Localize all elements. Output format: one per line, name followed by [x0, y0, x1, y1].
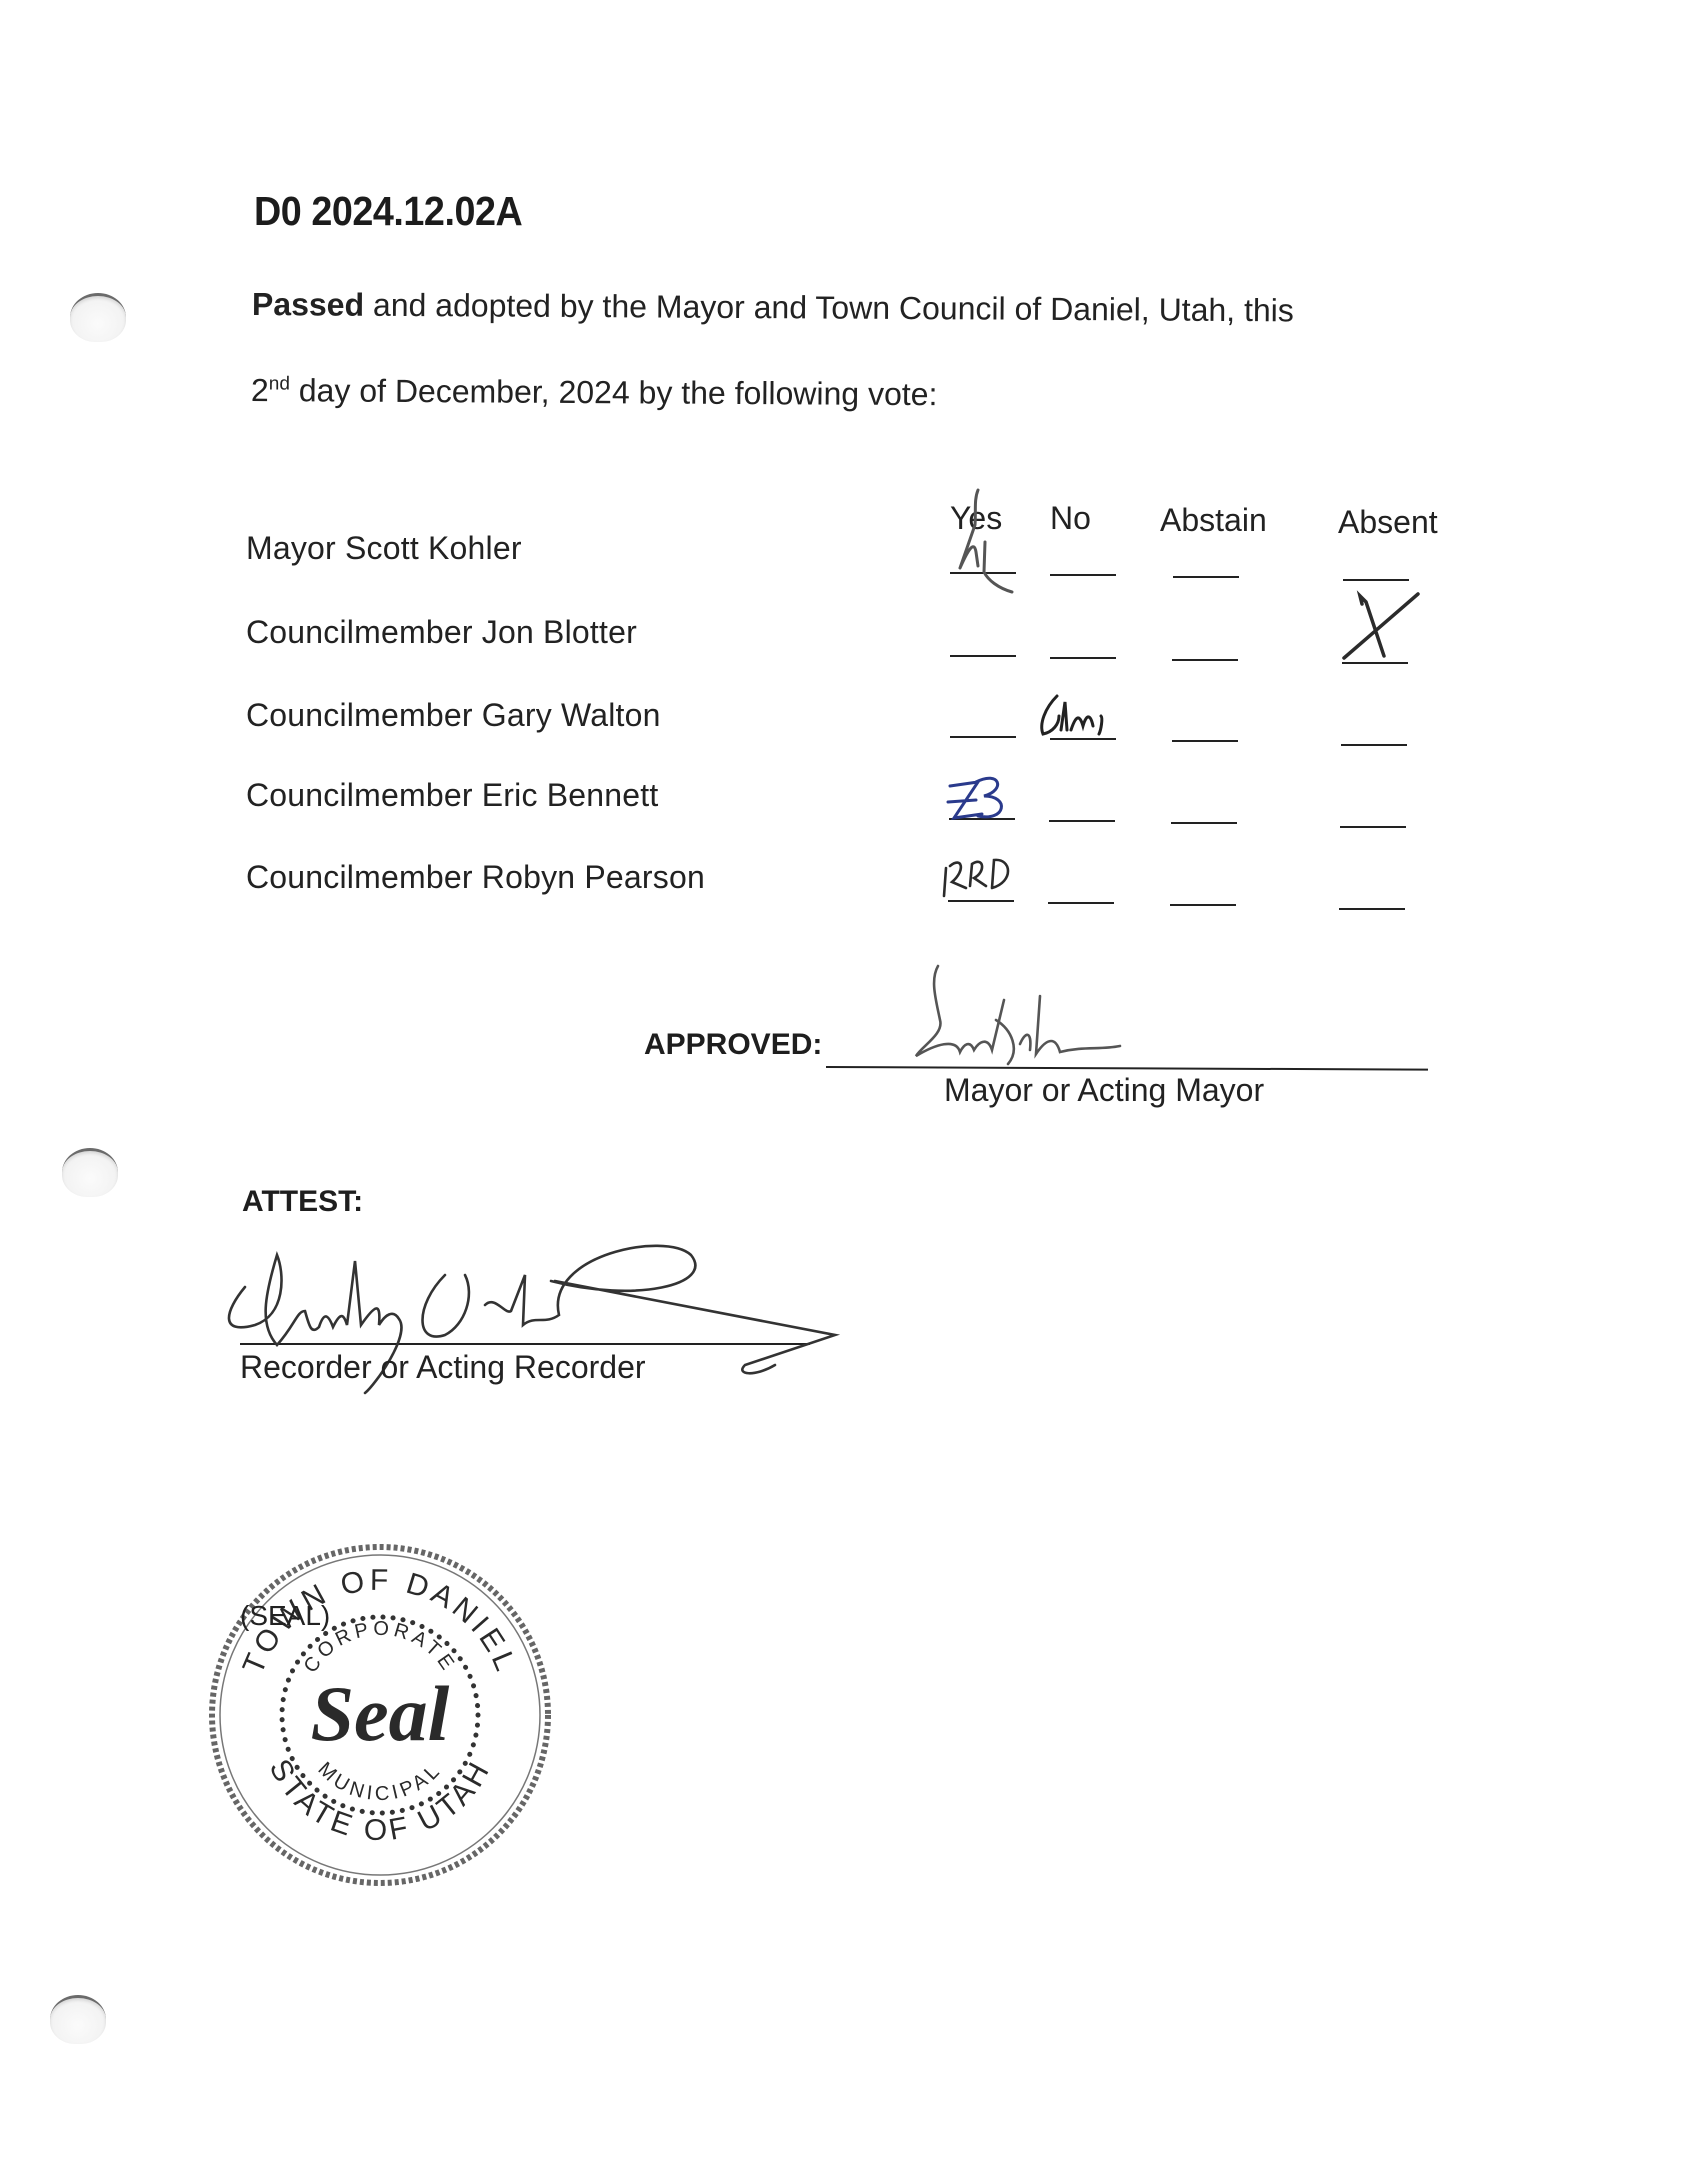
- vote-blank-bennett-absent: [1340, 826, 1406, 828]
- initials-mark-pearson-yes: [942, 852, 1032, 902]
- hole-punch-top: [70, 293, 126, 342]
- member-name-walton: Councilmember Gary Walton: [246, 697, 661, 734]
- column-header-no: No: [1050, 500, 1091, 537]
- initials-mark-bennett-yes: [940, 770, 1020, 830]
- vote-blank-pearson-abstain: [1170, 904, 1236, 906]
- approved-caption: Mayor or Acting Mayor: [944, 1072, 1264, 1109]
- vote-blank-bennett-abstain: [1171, 822, 1237, 824]
- vote-blank-walton-abstain: [1172, 740, 1238, 742]
- member-name-mayor-kohler: Mayor Scott Kohler: [246, 530, 522, 567]
- vote-blank-pearson-no: [1048, 902, 1114, 904]
- attest-label: ATTEST:: [242, 1185, 363, 1219]
- attest-caption: Recorder or Acting Recorder: [240, 1349, 646, 1386]
- vote-blank-blotter-abstain: [1172, 659, 1238, 661]
- passage-line-2: 2nd day of December, 2024 by the followi…: [251, 372, 938, 413]
- passage-day-suffix: nd: [269, 373, 290, 394]
- column-header-abstain: Abstain: [1160, 502, 1267, 539]
- vote-blank-walton-yes: [950, 736, 1016, 738]
- passage-line-1: Passed and adopted by the Mayor and Town…: [252, 286, 1294, 329]
- passage-bold-lead: Passed: [252, 286, 364, 323]
- svg-text:MUNICIPAL: MUNICIPAL: [313, 1758, 446, 1805]
- approved-label: APPROVED:: [644, 1028, 822, 1062]
- seal-center-text: Seal: [311, 1670, 450, 1757]
- vote-blank-kohler-absent: [1343, 579, 1409, 581]
- vote-blank-blotter-yes: [950, 655, 1016, 657]
- initials-mark-kohler-yes: [940, 480, 1030, 600]
- passage-line-1-text: and adopted by the Mayor and Town Counci…: [364, 287, 1294, 329]
- seal-stamp-label: (SEAL): [240, 1600, 330, 1631]
- municipal-seal: TOWN OF DANIEL STATE OF UTAH CORPORATE M…: [200, 1535, 560, 1895]
- vote-blank-blotter-no: [1050, 657, 1116, 659]
- x-mark-blotter-absent: [1340, 590, 1420, 670]
- hole-punch-bottom: [50, 1995, 106, 2044]
- passage-day-number: 2: [251, 372, 269, 408]
- vote-blank-kohler-abstain: [1173, 576, 1239, 578]
- vote-blank-kohler-no: [1050, 574, 1116, 576]
- member-name-bennett: Councilmember Eric Bennett: [246, 777, 658, 814]
- hole-punch-middle: [62, 1148, 118, 1197]
- column-header-absent: Absent: [1338, 504, 1438, 541]
- vote-blank-bennett-no: [1049, 820, 1115, 822]
- passage-line-2-text: day of December, 2024 by the following v…: [290, 372, 938, 412]
- mayor-signature: [900, 960, 1180, 1080]
- vote-blank-walton-absent: [1341, 744, 1407, 746]
- seal-inner-bottom-text: MUNICIPAL: [313, 1758, 446, 1805]
- member-name-pearson: Councilmember Robyn Pearson: [246, 859, 705, 896]
- member-name-blotter: Councilmember Jon Blotter: [246, 614, 637, 651]
- initials-mark-walton-no: [1035, 690, 1115, 746]
- vote-blank-pearson-absent: [1339, 908, 1405, 910]
- document-id: D0 2024.12.02A: [254, 188, 522, 235]
